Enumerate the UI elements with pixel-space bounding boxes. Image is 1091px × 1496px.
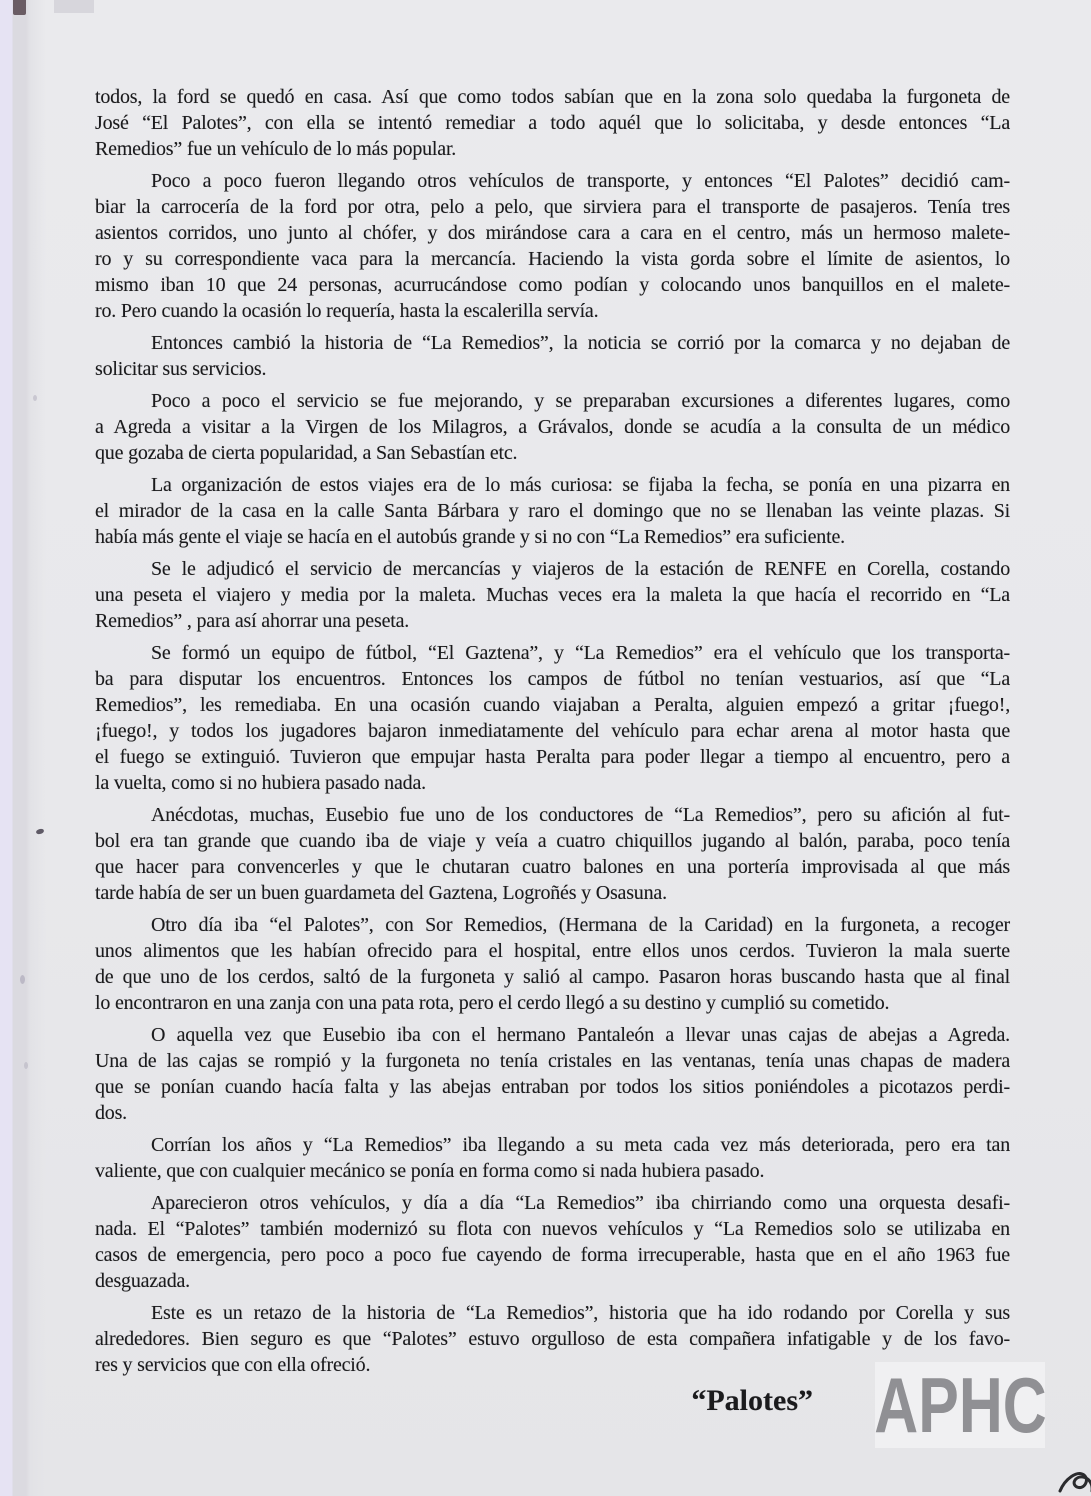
paragraph: Se le adjudicó el servicio de mercancías…: [95, 556, 1010, 634]
text-line: valiente, que con cualquier mecánico se …: [95, 1158, 1010, 1184]
text-line: Entonces cambió la historia de “La Remed…: [95, 330, 1010, 356]
text-line: bol era tan grande que cuando iba de via…: [95, 828, 1010, 854]
text-line: Remedios”, les remediaba. En una ocasión…: [95, 692, 1010, 718]
text-line: ba para disputar los encuentros. Entonce…: [95, 666, 1010, 692]
text-line: una peseta el viajero y media por la mal…: [95, 582, 1010, 608]
text-line: lo encontraron en una zanja con una pata…: [95, 990, 1010, 1016]
paragraph: Se formó un equipo de fútbol, “El Gazten…: [95, 640, 1010, 796]
text-line: asientos corridos, uno junto al chófer, …: [95, 220, 1010, 246]
text-line: tarde había de ser un buen guardameta de…: [95, 880, 1010, 906]
text-line: la vuelta, como si no hubiera pasado nad…: [95, 770, 1010, 796]
document-text: todos, la ford se quedó en casa. Así que…: [95, 84, 1010, 1384]
text-line: Corrían los años y “La Remedios” iba lle…: [95, 1132, 1010, 1158]
text-line: había más gente el viaje se hacía en el …: [95, 524, 1010, 550]
text-line: todos, la ford se quedó en casa. Así que…: [95, 84, 1010, 110]
text-line: a Agreda a visitar a la Virgen de los Mi…: [95, 414, 1010, 440]
text-line: Una de las cajas se rompió y la furgonet…: [95, 1048, 1010, 1074]
text-line: La organización de estos viajes era de l…: [95, 472, 1010, 498]
text-line: Este es un retazo de la historia de “La …: [95, 1300, 1010, 1326]
text-line: mismo iban 10 que 24 personas, acurrucán…: [95, 272, 1010, 298]
scan-smudge: [54, 0, 94, 13]
text-line: el fuego se extinguió. Tuvieron que empu…: [95, 744, 1010, 770]
text-line: ro. Pero cuando la ocasión lo requería, …: [95, 298, 1010, 324]
text-line: ¡fuego!, y todos los jugadores bajaron i…: [95, 718, 1010, 744]
scan-corner-mark: [13, 0, 26, 15]
text-line: Se formó un equipo de fútbol, “El Gazten…: [95, 640, 1010, 666]
text-line: biar la carrocería de la ford por otra, …: [95, 194, 1010, 220]
text-line: Otro día iba “el Palotes”, con Sor Remed…: [95, 912, 1010, 938]
text-line: nada. El “Palotes” también modernizó su …: [95, 1216, 1010, 1242]
text-line: dos.: [95, 1100, 1010, 1126]
text-line: ro y su correspondiente vaca para la mer…: [95, 246, 1010, 272]
text-line: Poco a poco el servicio se fue mejorando…: [95, 388, 1010, 414]
text-line: Anécdotas, muchas, Eusebio fue uno de lo…: [95, 802, 1010, 828]
paragraph: Este es un retazo de la historia de “La …: [95, 1300, 1010, 1378]
ink-speck: [20, 975, 25, 984]
ink-speck: [33, 395, 37, 401]
text-line: que se ponían cuando hacía falta y las a…: [95, 1074, 1010, 1100]
watermark: APHC: [875, 1362, 1045, 1448]
text-line: que gozaba de cierta popularidad, a San …: [95, 440, 1010, 466]
paragraph: Anécdotas, muchas, Eusebio fue uno de lo…: [95, 802, 1010, 906]
paragraph: O aquella vez que Eusebio iba con el her…: [95, 1022, 1010, 1126]
scanned-page: todos, la ford se quedó en casa. Así que…: [0, 0, 1091, 1496]
paragraph: Aparecieron otros vehículos, y día a día…: [95, 1190, 1010, 1294]
text-line: Remedios” fue un vehículo de lo más popu…: [95, 136, 1010, 162]
signature: “Palotes”: [691, 1384, 813, 1418]
paragraph: Poco a poco el servicio se fue mejorando…: [95, 388, 1010, 466]
text-line: José “El Palotes”, con ella se intentó r…: [95, 110, 1010, 136]
paragraph: Poco a poco fueron llegando otros vehícu…: [95, 168, 1010, 324]
text-line: de que uno de los cerdos, saltó de la fu…: [95, 964, 1010, 990]
text-line: res y servicios que con ella ofreció.: [95, 1352, 1010, 1378]
text-line: que hacer para convencerles y que le chu…: [95, 854, 1010, 880]
page-edge-shadow: [0, 0, 46, 1496]
text-line: unos alimentos que les habían ofrecido p…: [95, 938, 1010, 964]
text-line: O aquella vez que Eusebio iba con el her…: [95, 1022, 1010, 1048]
paragraph: Otro día iba “el Palotes”, con Sor Remed…: [95, 912, 1010, 1016]
text-line: casos de emergencia, pero poco a poco fu…: [95, 1242, 1010, 1268]
text-line: Aparecieron otros vehículos, y día a día…: [95, 1190, 1010, 1216]
text-line: solicitar sus servicios.: [95, 356, 1010, 382]
paragraph: todos, la ford se quedó en casa. Así que…: [95, 84, 1010, 162]
text-line: Remedios” , para así ahorrar una peseta.: [95, 608, 1010, 634]
text-line: Se le adjudicó el servicio de mercancías…: [95, 556, 1010, 582]
text-line: el mirador de la casa en la calle Santa …: [95, 498, 1010, 524]
paragraph: Corrían los años y “La Remedios” iba lle…: [95, 1132, 1010, 1184]
text-line: alrededores. Bien seguro es que “Palotes…: [95, 1326, 1010, 1352]
text-line: desguazada.: [95, 1268, 1010, 1294]
text-line: Poco a poco fueron llegando otros vehícu…: [95, 168, 1010, 194]
ink-squiggle: [1056, 1455, 1091, 1496]
paragraph: Entonces cambió la historia de “La Remed…: [95, 330, 1010, 382]
paragraph: La organización de estos viajes era de l…: [95, 472, 1010, 550]
ink-speck: [24, 1062, 28, 1069]
watermark-text: APHC: [875, 1366, 1045, 1444]
